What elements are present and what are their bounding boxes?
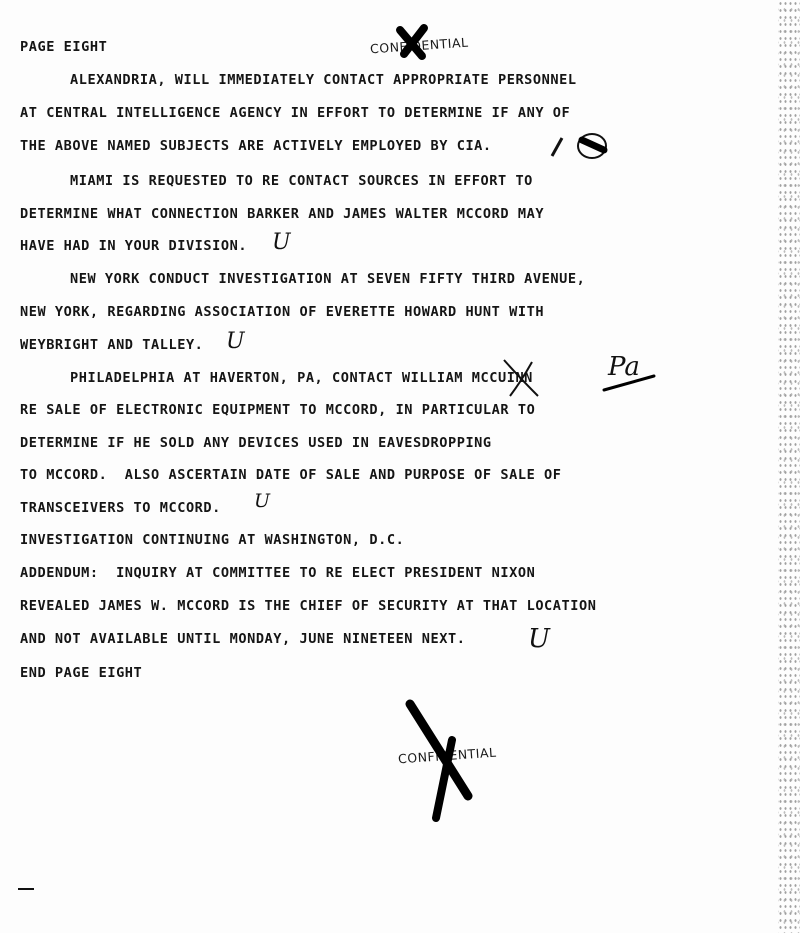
text-line: WEYBRIGHT AND TALLEY. <box>20 336 203 354</box>
text-line: DETERMINE WHAT CONNECTION BARKER AND JAM… <box>20 205 544 223</box>
text-line: NEW YORK, REGARDING ASSOCIATION OF EVERE… <box>20 303 544 321</box>
text-line: REVEALED JAMES W. MCCORD IS THE CHIEF OF… <box>20 597 596 615</box>
text-line: DETERMINE IF HE SOLD ANY DEVICES USED IN… <box>20 434 492 452</box>
document-page: PAGE EIGHT CONFIDENTIAL ALEXANDRIA, WILL… <box>0 0 800 933</box>
text-line: THE ABOVE NAMED SUBJECTS ARE ACTIVELY EM… <box>20 137 492 155</box>
text-line: TRANSCEIVERS TO MCCORD. <box>20 499 221 517</box>
handwritten-u-mark: U <box>528 624 550 654</box>
page-header: PAGE EIGHT <box>20 38 107 56</box>
text-line: PHILADELPHIA AT HAVERTON, PA, CONTACT WI… <box>70 369 533 387</box>
text-line: MIAMI IS REQUESTED TO RE CONTACT SOURCES… <box>70 172 533 190</box>
redaction-x-mark-bottom <box>400 698 480 828</box>
handwritten-u-mark: U <box>226 329 245 354</box>
text-line: AT CENTRAL INTELLIGENCE AGENCY IN EFFORT… <box>20 104 570 122</box>
page-footer: END PAGE EIGHT <box>20 664 142 682</box>
text-line: TO MCCORD. ALSO ASCERTAIN DATE OF SALE A… <box>20 466 562 484</box>
scan-edge-noise <box>778 0 800 933</box>
scan-artifact-dash <box>18 888 34 890</box>
text-line: RE SALE OF ELECTRONIC EQUIPMENT TO MCCOR… <box>20 401 535 419</box>
text-line: AND NOT AVAILABLE UNTIL MONDAY, JUNE NIN… <box>20 630 465 648</box>
handwritten-u-mark: U <box>272 230 291 255</box>
text-line: HAVE HAD IN YOUR DIVISION. <box>20 237 247 255</box>
text-line: ALEXANDRIA, WILL IMMEDIATELY CONTACT APP… <box>70 71 577 89</box>
text-line: NEW YORK CONDUCT INVESTIGATION AT SEVEN … <box>70 270 585 288</box>
handwritten-u-mark: U <box>254 490 270 512</box>
handwritten-x-mark <box>498 356 542 400</box>
redaction-x-mark-top <box>392 22 432 62</box>
text-line: INVESTIGATION CONTINUING AT WASHINGTON, … <box>20 531 404 549</box>
handwritten-u-redaction-mark <box>548 130 618 162</box>
text-line: ADDENDUM: INQUIRY AT COMMITTEE TO RE ELE… <box>20 564 535 582</box>
handwritten-underline <box>600 372 660 396</box>
